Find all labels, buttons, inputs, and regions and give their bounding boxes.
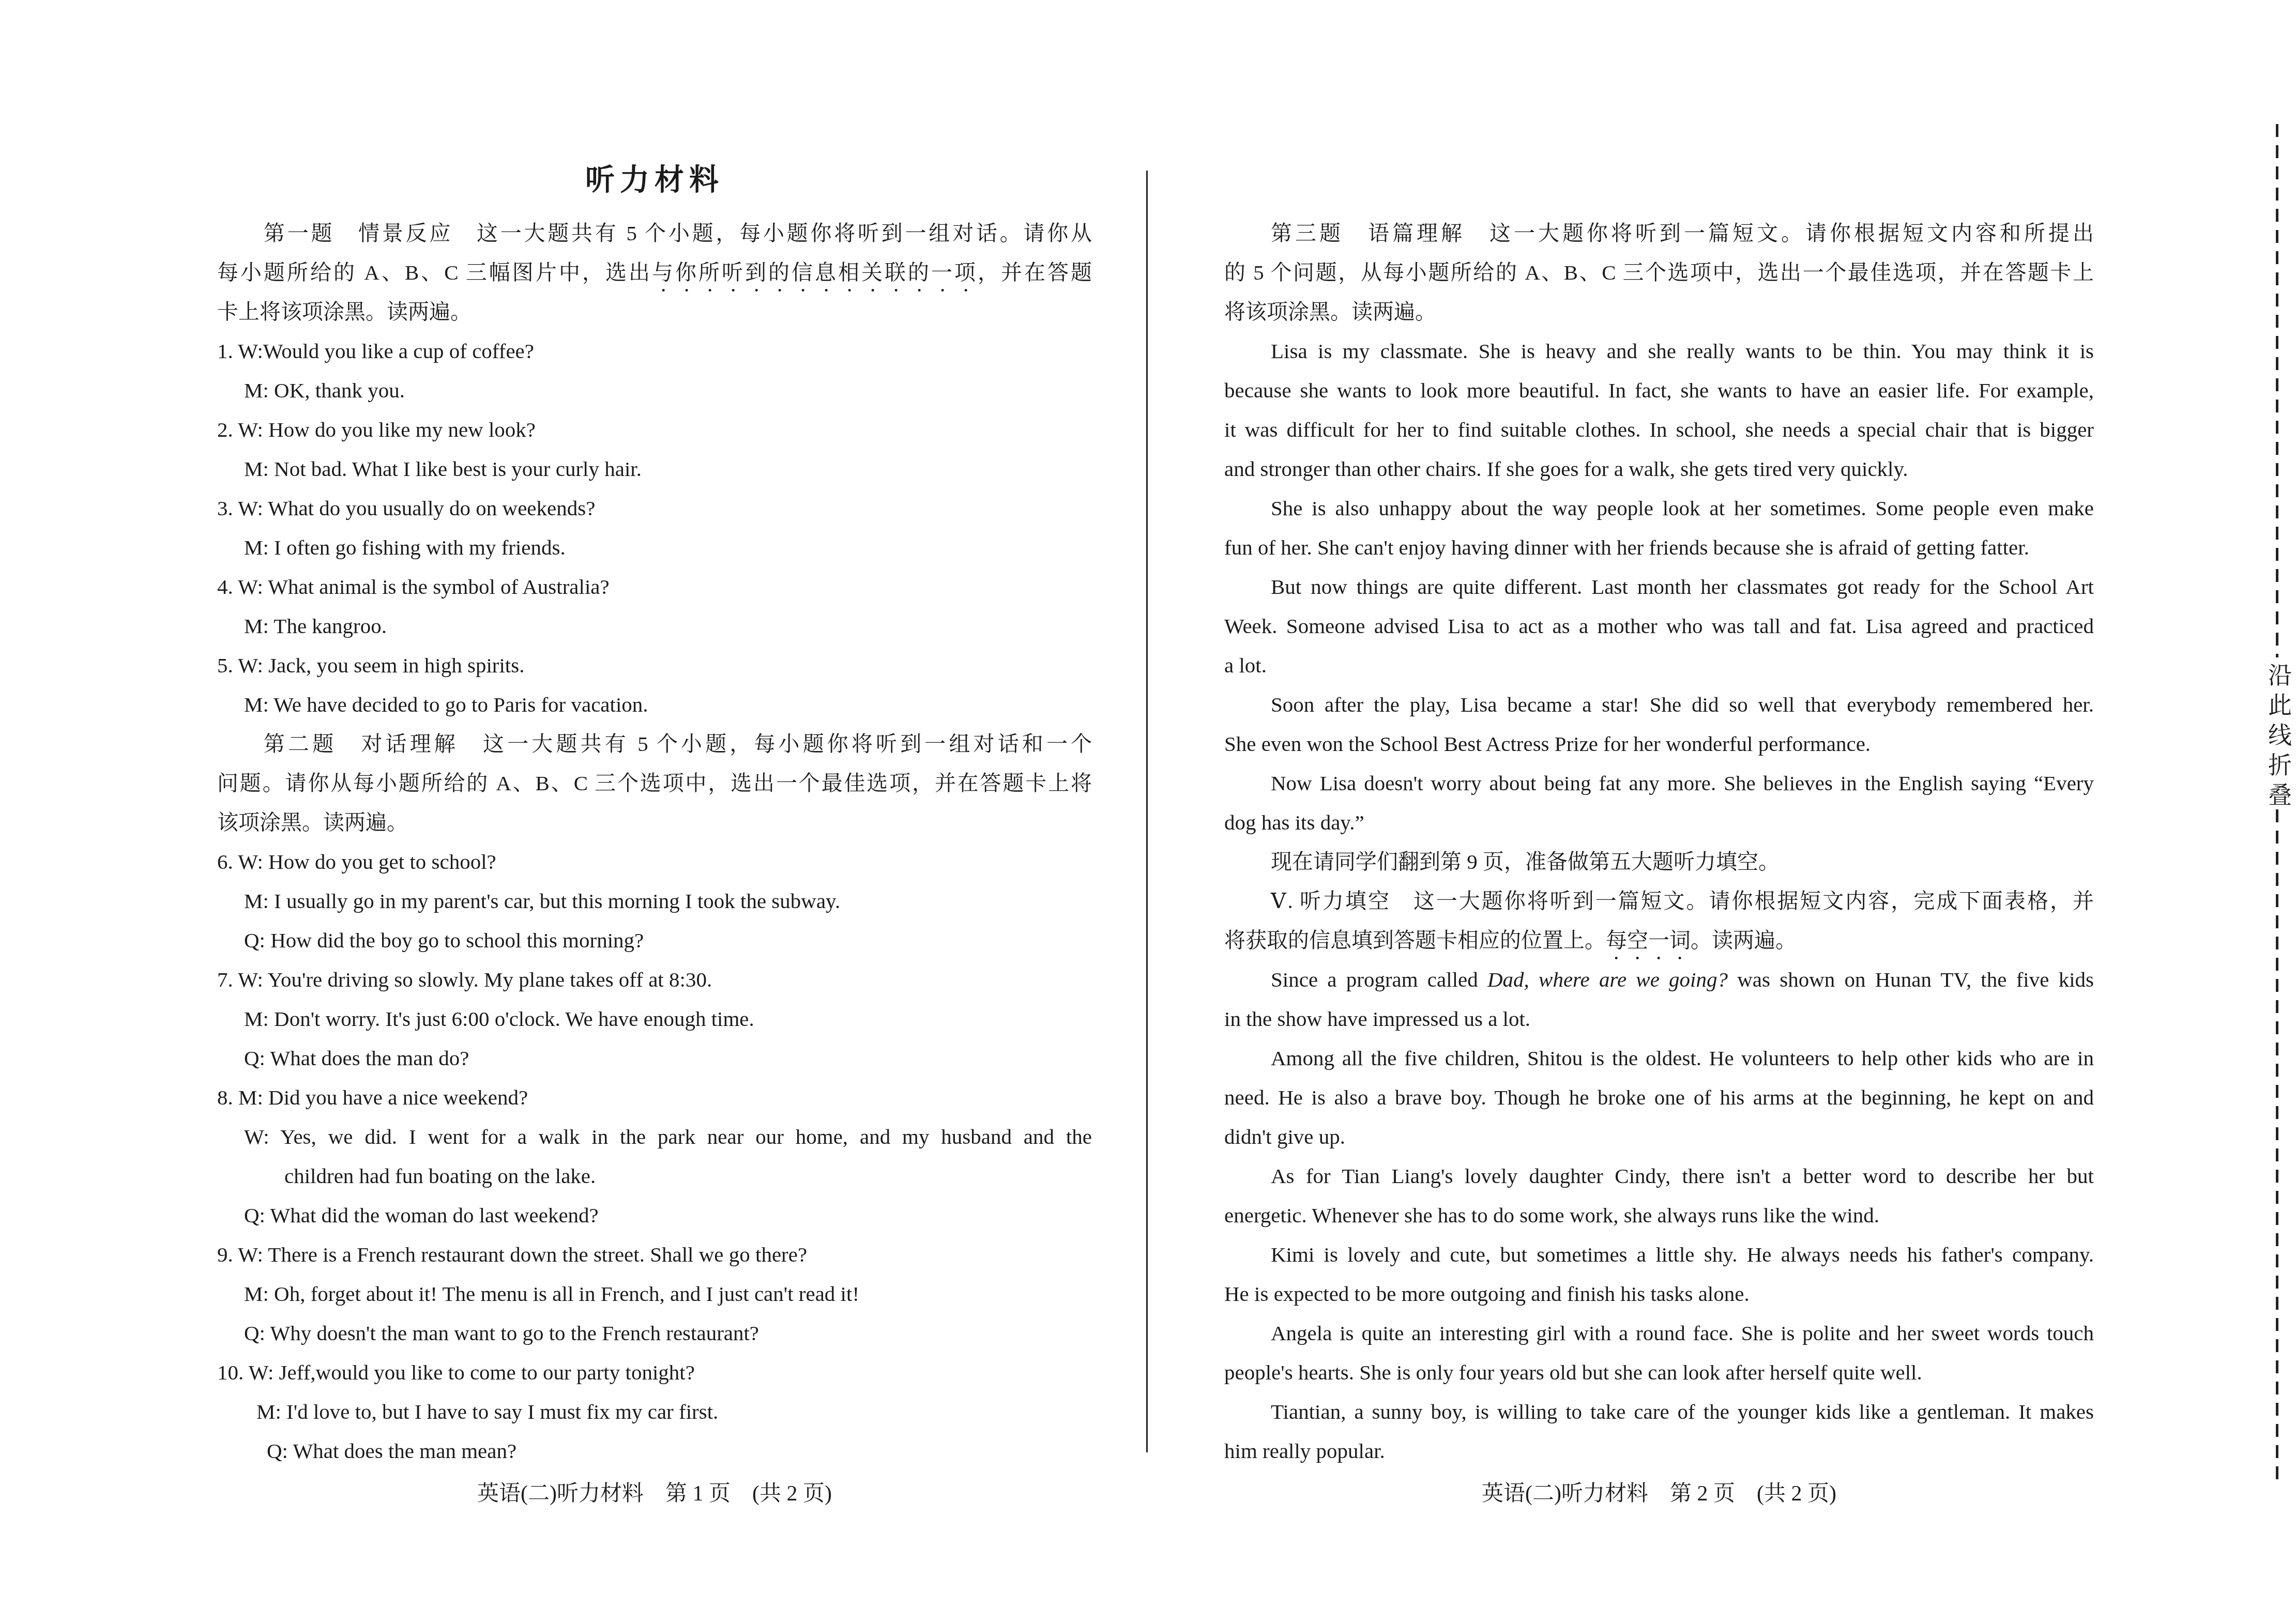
text-line: M: Not bad. What I like best is your cur… — [217, 449, 1092, 488]
text-line: 8. M: Did you have a nice weekend? — [217, 1078, 1092, 1117]
text-segment: Kimi is lovely and cute, but sometimes a… — [1271, 1243, 2094, 1266]
text-line: 第二题 对话理解 这一大题共有 5 个小题，每小题你将听到一组对话和一个 — [217, 724, 1092, 763]
text-line: and stronger than other chairs. If she g… — [1224, 449, 2094, 488]
text-segment: 第二题 对话理解 这一大题共有 5 个小题，每小题你将听到一组对话和一个 — [264, 732, 1092, 756]
text-line: Lisa is my classmate. She is heavy and s… — [1224, 331, 2094, 371]
text-segment: him really popular. — [1224, 1439, 1385, 1463]
text-segment: M: I often go fishing with my friends. — [244, 535, 566, 559]
center-divider-line — [1146, 171, 1148, 1452]
text-line: Q: Why doesn't the man want to go to the… — [217, 1313, 1092, 1353]
text-segment: She is also unhappy about the way people… — [1271, 496, 2094, 520]
text-segment: 将该项涂黑。读两遍。 — [1224, 300, 1436, 324]
text-segment: 8. M: Did you have a nice weekend? — [217, 1085, 528, 1109]
text-line: 将该项涂黑。读两遍。 — [1224, 292, 2094, 331]
text-line: fun of her. She can't enjoy having dinne… — [1224, 528, 2094, 567]
text-line: a lot. — [1224, 646, 2094, 685]
text-line: in the show have impressed us a lot. — [1224, 999, 2094, 1038]
text-line: She is also unhappy about the way people… — [1224, 488, 2094, 528]
text-segment: M: Not bad. What I like best is your cur… — [244, 457, 642, 481]
text-line: 1. W:Would you like a cup of coffee? — [217, 331, 1092, 371]
text-segment: was shown on Hunan TV, the five kids — [1728, 968, 2094, 991]
text-line: 问题。请你从每小题所给的 A、B、C 三个选项中，选出一个最佳选项，并在答题卡上… — [217, 763, 1092, 803]
text-line: dog has its day.” — [1224, 803, 2094, 842]
text-segment: in the show have impressed us a lot. — [1224, 1007, 1530, 1031]
text-segment: M: The kangroo. — [244, 614, 387, 638]
text-line: Kimi is lovely and cute, but sometimes a… — [1224, 1235, 2094, 1274]
text-segment: Now Lisa doesn't worry about being fat a… — [1271, 771, 2094, 795]
text-line: need. He is also a brave boy. Though he … — [1224, 1078, 2094, 1117]
text-segment: 问题。请你从每小题所给的 A、B、C 三个选项中，选出一个最佳选项，并在答题卡上… — [217, 771, 1092, 795]
text-segment: didn't give up. — [1224, 1125, 1345, 1148]
text-line: 的 5 个问题，从每小题所给的 A、B、C 三个选项中，选出一个最佳选项，并在答… — [1224, 253, 2094, 292]
text-line: 7. W: You're driving so slowly. My plane… — [217, 960, 1092, 999]
text-line: He is expected to be more outgoing and f… — [1224, 1274, 2094, 1313]
text-line: Q: What did the woman do last weekend? — [217, 1196, 1092, 1235]
text-segment: it was difficult for her to find suitabl… — [1224, 418, 2094, 441]
text-segment: energetic. Whenever she has to do some w… — [1224, 1203, 1879, 1227]
text-segment: a lot. — [1224, 653, 1267, 677]
text-segment: and stronger than other chairs. If she g… — [1224, 457, 1908, 481]
text-segment: fun of her. She can't enjoy having dinne… — [1224, 535, 2029, 559]
text-segment: 每空一词 — [1606, 928, 1691, 952]
text-segment: children had fun boating on the lake. — [284, 1164, 596, 1188]
text-line: Among all the five children, Shitou is t… — [1224, 1038, 2094, 1078]
text-line: him really popular. — [1224, 1431, 2094, 1470]
text-line: 3. W: What do you usually do on weekends… — [217, 488, 1092, 528]
page2-footer: 英语(二)听力材料 第 2 页 (共 2 页) — [1224, 1479, 2094, 1508]
fold-dashed-line-top — [2276, 124, 2278, 657]
text-segment: 4. W: What animal is the symbol of Austr… — [217, 575, 610, 599]
text-line: because she wants to look more beautiful… — [1224, 371, 2094, 410]
text-line: M: Don't worry. It's just 6:00 o'clock. … — [217, 999, 1092, 1038]
text-line: 将获取的信息填到答题卡相应的位置上。每空一词。读两遍。 — [1224, 921, 2094, 960]
text-segment: 该项涂黑。读两遍。 — [217, 810, 408, 834]
text-line: people's hearts. She is only four years … — [1224, 1353, 2094, 1392]
text-line: Ⅴ. 听力填空 这一大题你将听到一篇短文。请你根据短文内容，完成下面表格，并 — [1224, 881, 2094, 921]
text-segment: Angela is quite an interesting girl with… — [1271, 1321, 2094, 1345]
document-sheet: 听力材料 第一题 情景反应 这一大题共有 5 个小题，每小题你将听到一组对话。请… — [0, 0, 2296, 1624]
text-line: Since a program called Dad, where are we… — [1224, 960, 2094, 999]
text-segment: 7. W: You're driving so slowly. My plane… — [217, 968, 712, 991]
text-segment: He is expected to be more outgoing and f… — [1224, 1282, 1750, 1306]
text-segment: Q: Why doesn't the man want to go to the… — [244, 1321, 759, 1345]
text-segment: Week. Someone advised Lisa to act as a m… — [1224, 614, 2094, 638]
text-line: Now Lisa doesn't worry about being fat a… — [1224, 763, 2094, 803]
text-line: energetic. Whenever she has to do some w… — [1224, 1196, 2094, 1235]
text-segment: 9. W: There is a French restaurant down … — [217, 1243, 807, 1266]
text-line: W: Yes, we did. I went for a walk in the… — [217, 1117, 1092, 1156]
text-segment: As for Tian Liang's lovely daughter Cind… — [1271, 1164, 2094, 1188]
text-segment: She even won the School Best Actress Pri… — [1224, 732, 1871, 756]
text-segment: M: We have decided to go to Paris for va… — [244, 693, 648, 716]
text-segment: M: Oh, forget about it! The menu is all … — [244, 1282, 859, 1306]
text-line: Soon after the play, Lisa became a star!… — [1224, 685, 2094, 724]
text-line: M: OK, thank you. — [217, 371, 1092, 410]
text-segment: 1. W:Would you like a cup of coffee? — [217, 339, 534, 363]
fold-dashed-line-bottom — [2276, 809, 2278, 1482]
page2-column: 第三题 语篇理解 这一大题你将听到一篇短文。请你根据短文内容和所提出的 5 个问… — [1224, 213, 2094, 1470]
text-segment: M: I'd love to, but I have to say I must… — [256, 1400, 718, 1423]
text-segment: Tiantian, a sunny boy, is willing to tak… — [1271, 1400, 2094, 1423]
text-line: children had fun boating on the lake. — [217, 1156, 1092, 1196]
text-segment: 。读两遍。 — [1691, 928, 1797, 952]
text-segment: because she wants to look more beautiful… — [1224, 378, 2094, 402]
text-segment: Q: What does the man do? — [244, 1046, 469, 1070]
text-segment: M: OK, thank you. — [244, 378, 405, 402]
text-segment: Dad, where are we going? — [1487, 968, 1728, 991]
text-segment: ，并在答题 — [978, 261, 1092, 284]
text-segment: 卡上将该项涂黑。读两遍。 — [217, 300, 472, 324]
text-segment: 每小题所给的 A、B、C 三幅图片中，选出 — [217, 261, 652, 284]
text-line: Q: What does the man mean? — [217, 1431, 1092, 1470]
text-line: Tiantian, a sunny boy, is willing to tak… — [1224, 1392, 2094, 1431]
page1-column: 第一题 情景反应 这一大题共有 5 个小题，每小题你将听到一组对话。请你从每小题… — [217, 213, 1092, 1470]
text-segment: Since a program called — [1271, 968, 1487, 991]
text-line: 9. W: There is a French restaurant down … — [217, 1235, 1092, 1274]
text-segment: Soon after the play, Lisa became a star!… — [1271, 693, 2094, 716]
text-segment: 将获取的信息填到答题卡相应的位置上。 — [1224, 928, 1606, 952]
text-segment: 10. W: Jeff,would you like to come to ou… — [217, 1360, 695, 1384]
text-segment: 第一题 情景反应 这一大题共有 5 个小题，每小题你将听到一组对话。请你从 — [264, 221, 1092, 245]
text-line: As for Tian Liang's lovely daughter Cind… — [1224, 1156, 2094, 1196]
text-segment: people's hearts. She is only four years … — [1224, 1360, 1922, 1384]
fold-instruction-vertical-text: 沿此线折叠 — [2265, 663, 2291, 813]
text-segment: 与你所听到的信息相关联的一项 — [652, 261, 978, 284]
text-segment: Ⅴ. 听力填空 这一大题你将听到一篇短文。请你根据短文内容，完成下面表格，并 — [1271, 889, 2094, 913]
text-line: Week. Someone advised Lisa to act as a m… — [1224, 606, 2094, 646]
text-segment: M: I usually go in my parent's car, but … — [244, 889, 840, 913]
text-segment: 现在请同学们翻到第 9 页，准备做第五大题听力填空。 — [1271, 850, 1780, 874]
text-line: 2. W: How do you like my new look? — [217, 410, 1092, 449]
text-line: M: I usually go in my parent's car, but … — [217, 881, 1092, 921]
page-title: 听力材料 — [217, 159, 1092, 201]
text-line: Angela is quite an interesting girl with… — [1224, 1313, 2094, 1353]
text-segment: Q: What does the man mean? — [267, 1439, 516, 1463]
page1-footer: 英语(二)听力材料 第 1 页 (共 2 页) — [217, 1479, 1092, 1508]
text-line: She even won the School Best Actress Pri… — [1224, 724, 2094, 763]
text-segment: dog has its day.” — [1224, 810, 1364, 834]
text-segment: W: Yes, we did. I went for a walk in the… — [244, 1125, 1092, 1148]
text-segment: 5. W: Jack, you seem in high spirits. — [217, 653, 524, 677]
text-segment: 2. W: How do you like my new look? — [217, 418, 536, 441]
text-line: M: Oh, forget about it! The menu is all … — [217, 1274, 1092, 1313]
text-line: M: I often go fishing with my friends. — [217, 528, 1092, 567]
text-segment: 3. W: What do you usually do on weekends… — [217, 496, 595, 520]
text-line: 4. W: What animal is the symbol of Austr… — [217, 567, 1092, 606]
text-segment: need. He is also a brave boy. Though he … — [1224, 1085, 2094, 1109]
text-line: didn't give up. — [1224, 1117, 2094, 1156]
text-line: 该项涂黑。读两遍。 — [217, 803, 1092, 842]
text-line: 卡上将该项涂黑。读两遍。 — [217, 292, 1092, 331]
text-line: M: We have decided to go to Paris for va… — [217, 685, 1092, 724]
text-line: M: The kangroo. — [217, 606, 1092, 646]
text-segment: 的 5 个问题，从每小题所给的 A、B、C 三个选项中，选出一个最佳选项，并在答… — [1224, 261, 2094, 284]
text-line: 每小题所给的 A、B、C 三幅图片中，选出与你所听到的信息相关联的一项，并在答题 — [217, 253, 1092, 292]
text-line: M: I'd love to, but I have to say I must… — [217, 1392, 1092, 1431]
text-segment: Among all the five children, Shitou is t… — [1271, 1046, 2094, 1070]
text-line: 6. W: How do you get to school? — [217, 842, 1092, 881]
text-segment: Q: What did the woman do last weekend? — [244, 1203, 599, 1227]
text-line: Q: How did the boy go to school this mor… — [217, 921, 1092, 960]
text-line: Q: What does the man do? — [217, 1038, 1092, 1078]
text-line: it was difficult for her to find suitabl… — [1224, 410, 2094, 449]
text-line: 5. W: Jack, you seem in high spirits. — [217, 646, 1092, 685]
text-line: 现在请同学们翻到第 9 页，准备做第五大题听力填空。 — [1224, 842, 2094, 881]
text-line: 第三题 语篇理解 这一大题你将听到一篇短文。请你根据短文内容和所提出 — [1224, 213, 2094, 253]
text-segment: M: Don't worry. It's just 6:00 o'clock. … — [244, 1007, 754, 1031]
text-segment: Q: How did the boy go to school this mor… — [244, 928, 644, 952]
text-line: But now things are quite different. Last… — [1224, 567, 2094, 606]
text-line: 第一题 情景反应 这一大题共有 5 个小题，每小题你将听到一组对话。请你从 — [217, 213, 1092, 253]
text-segment: But now things are quite different. Last… — [1271, 575, 2094, 599]
text-segment: Lisa is my classmate. She is heavy and s… — [1271, 339, 2094, 363]
text-segment: 6. W: How do you get to school? — [217, 850, 496, 874]
text-segment: 第三题 语篇理解 这一大题你将听到一篇短文。请你根据短文内容和所提出 — [1271, 221, 2094, 245]
text-line: 10. W: Jeff,would you like to come to ou… — [217, 1353, 1092, 1392]
